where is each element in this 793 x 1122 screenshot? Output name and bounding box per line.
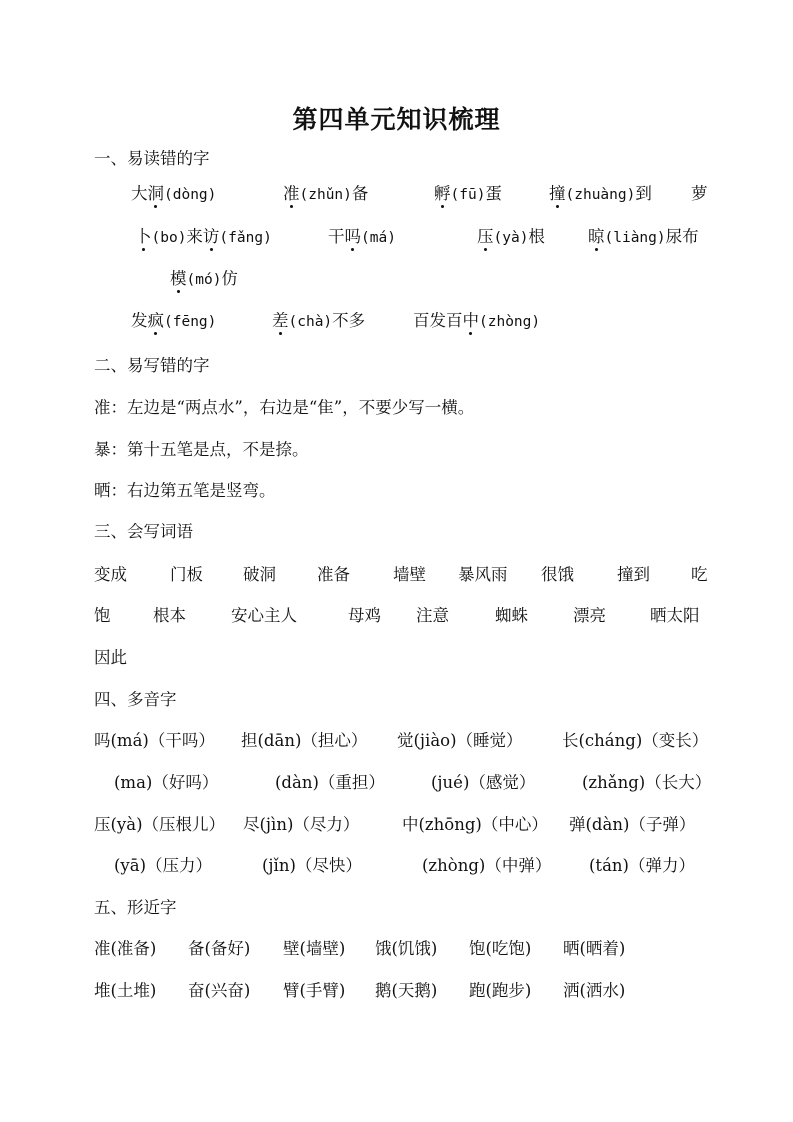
polyphone-item: (zhǎng)（长大） [582, 772, 711, 794]
polyphone-item: 吗(má)（干吗） [94, 730, 215, 752]
word: 母鸡 [348, 605, 381, 627]
s2-line: 准：左边是“两点水”，右边是“隹”，不要少写一横。 [94, 397, 474, 419]
page-title: 第四单元知识梳理 [0, 100, 793, 136]
similar-char-item: 晒(晒着) [563, 938, 625, 960]
similar-char-item: 饱(吃饱) [469, 938, 531, 960]
similar-char-item: 奋(兴奋) [188, 980, 250, 1002]
word: 晒太阳 [650, 605, 700, 627]
word: 很饿 [541, 564, 574, 586]
s1-item: 百发百中(zhòng) [413, 310, 540, 333]
word: 饱 [94, 605, 111, 627]
s1-item: 孵(fū)蛋 [434, 183, 502, 206]
s1-item: 晾(liàng)尿布 [588, 226, 699, 249]
word: 墙壁 [393, 564, 426, 586]
word: 变成 [94, 564, 127, 586]
s1-item: 发疯(fēng) [131, 310, 216, 333]
similar-char-item: 准(准备) [94, 938, 156, 960]
s1-item: 压(yà)根 [477, 226, 545, 249]
word: 漂亮 [573, 605, 606, 627]
polyphone-item: (zhòng)（中弹） [422, 855, 551, 877]
section-heading-2: 二、易写错的字 [94, 355, 210, 377]
word: 准备 [317, 564, 350, 586]
section-heading-5: 五、形近字 [94, 897, 177, 919]
s1-item: 模(mó)仿 [170, 268, 238, 291]
word: 蜘蛛 [495, 605, 528, 627]
section-heading-3: 三、会写词语 [94, 521, 193, 543]
word: 破洞 [243, 564, 276, 586]
similar-char-item: 备(备好) [188, 938, 250, 960]
polyphone-item: (jǐn)（尽快） [262, 855, 362, 877]
polyphone-item: 长(cháng)（变长） [562, 730, 708, 752]
s1-item: 准(zhǔn)备 [283, 183, 368, 206]
section-heading-1: 一、易读错的字 [94, 148, 210, 170]
s2-line: 暴：第十五笔是点，不是捺。 [94, 439, 309, 461]
polyphone-item: 压(yà)（压根儿） [94, 814, 225, 836]
similar-char-item: 堆(土堆) [94, 980, 156, 1002]
s2-line: 晒：右边第五笔是竖弯。 [94, 480, 276, 502]
similar-char-item: 壁(墙壁) [283, 938, 345, 960]
word: 门板 [170, 564, 203, 586]
polyphone-item: 中(zhōng)（中心） [402, 814, 548, 836]
polyphone-item: (tán)（弹力） [589, 855, 695, 877]
similar-char-item: 饿(饥饿) [375, 938, 437, 960]
similar-char-item: 鹅(天鹅) [375, 980, 437, 1002]
document-page: 第四单元知识梳理 一、易读错的字 大洞(dòng) 准(zhǔn)备 孵(fū)… [0, 0, 793, 1122]
word: 根本 [153, 605, 186, 627]
polyphone-item: 尽(jìn)（尽力） [243, 814, 359, 836]
word: 撞到 [617, 564, 650, 586]
polyphone-item: (ma)（好吗） [114, 772, 218, 794]
word: 暴风雨 [458, 564, 508, 586]
polyphone-item: (yā)（压力） [114, 855, 212, 877]
s1-item: 萝 [691, 183, 708, 205]
polyphone-item: (jué)（感觉） [431, 772, 535, 794]
s1-item: 撞(zhuàng)到 [549, 183, 652, 206]
polyphone-item: 觉(jiào)（睡觉） [397, 730, 523, 752]
word: 因此 [94, 647, 127, 669]
section-heading-4: 四、多音字 [94, 689, 177, 711]
s1-item: 差(chà)不多 [272, 310, 365, 333]
s1-item: 卜(bo)来访(fǎng) [135, 226, 272, 249]
similar-char-item: 跑(跑步) [469, 980, 531, 1002]
similar-char-item: 洒(洒水) [563, 980, 625, 1002]
polyphone-item: (dàn)（重担） [275, 772, 385, 794]
word: 安心主人 [231, 605, 297, 627]
similar-char-item: 臂(手臂) [283, 980, 345, 1002]
polyphone-item: 弹(dàn)（子弹） [569, 814, 695, 836]
polyphone-item: 担(dān)（担心） [241, 730, 367, 752]
word: 吃 [691, 564, 708, 586]
word: 注意 [416, 605, 449, 627]
s1-item: 干吗(má) [328, 226, 396, 249]
s1-item: 大洞(dòng) [131, 183, 216, 206]
